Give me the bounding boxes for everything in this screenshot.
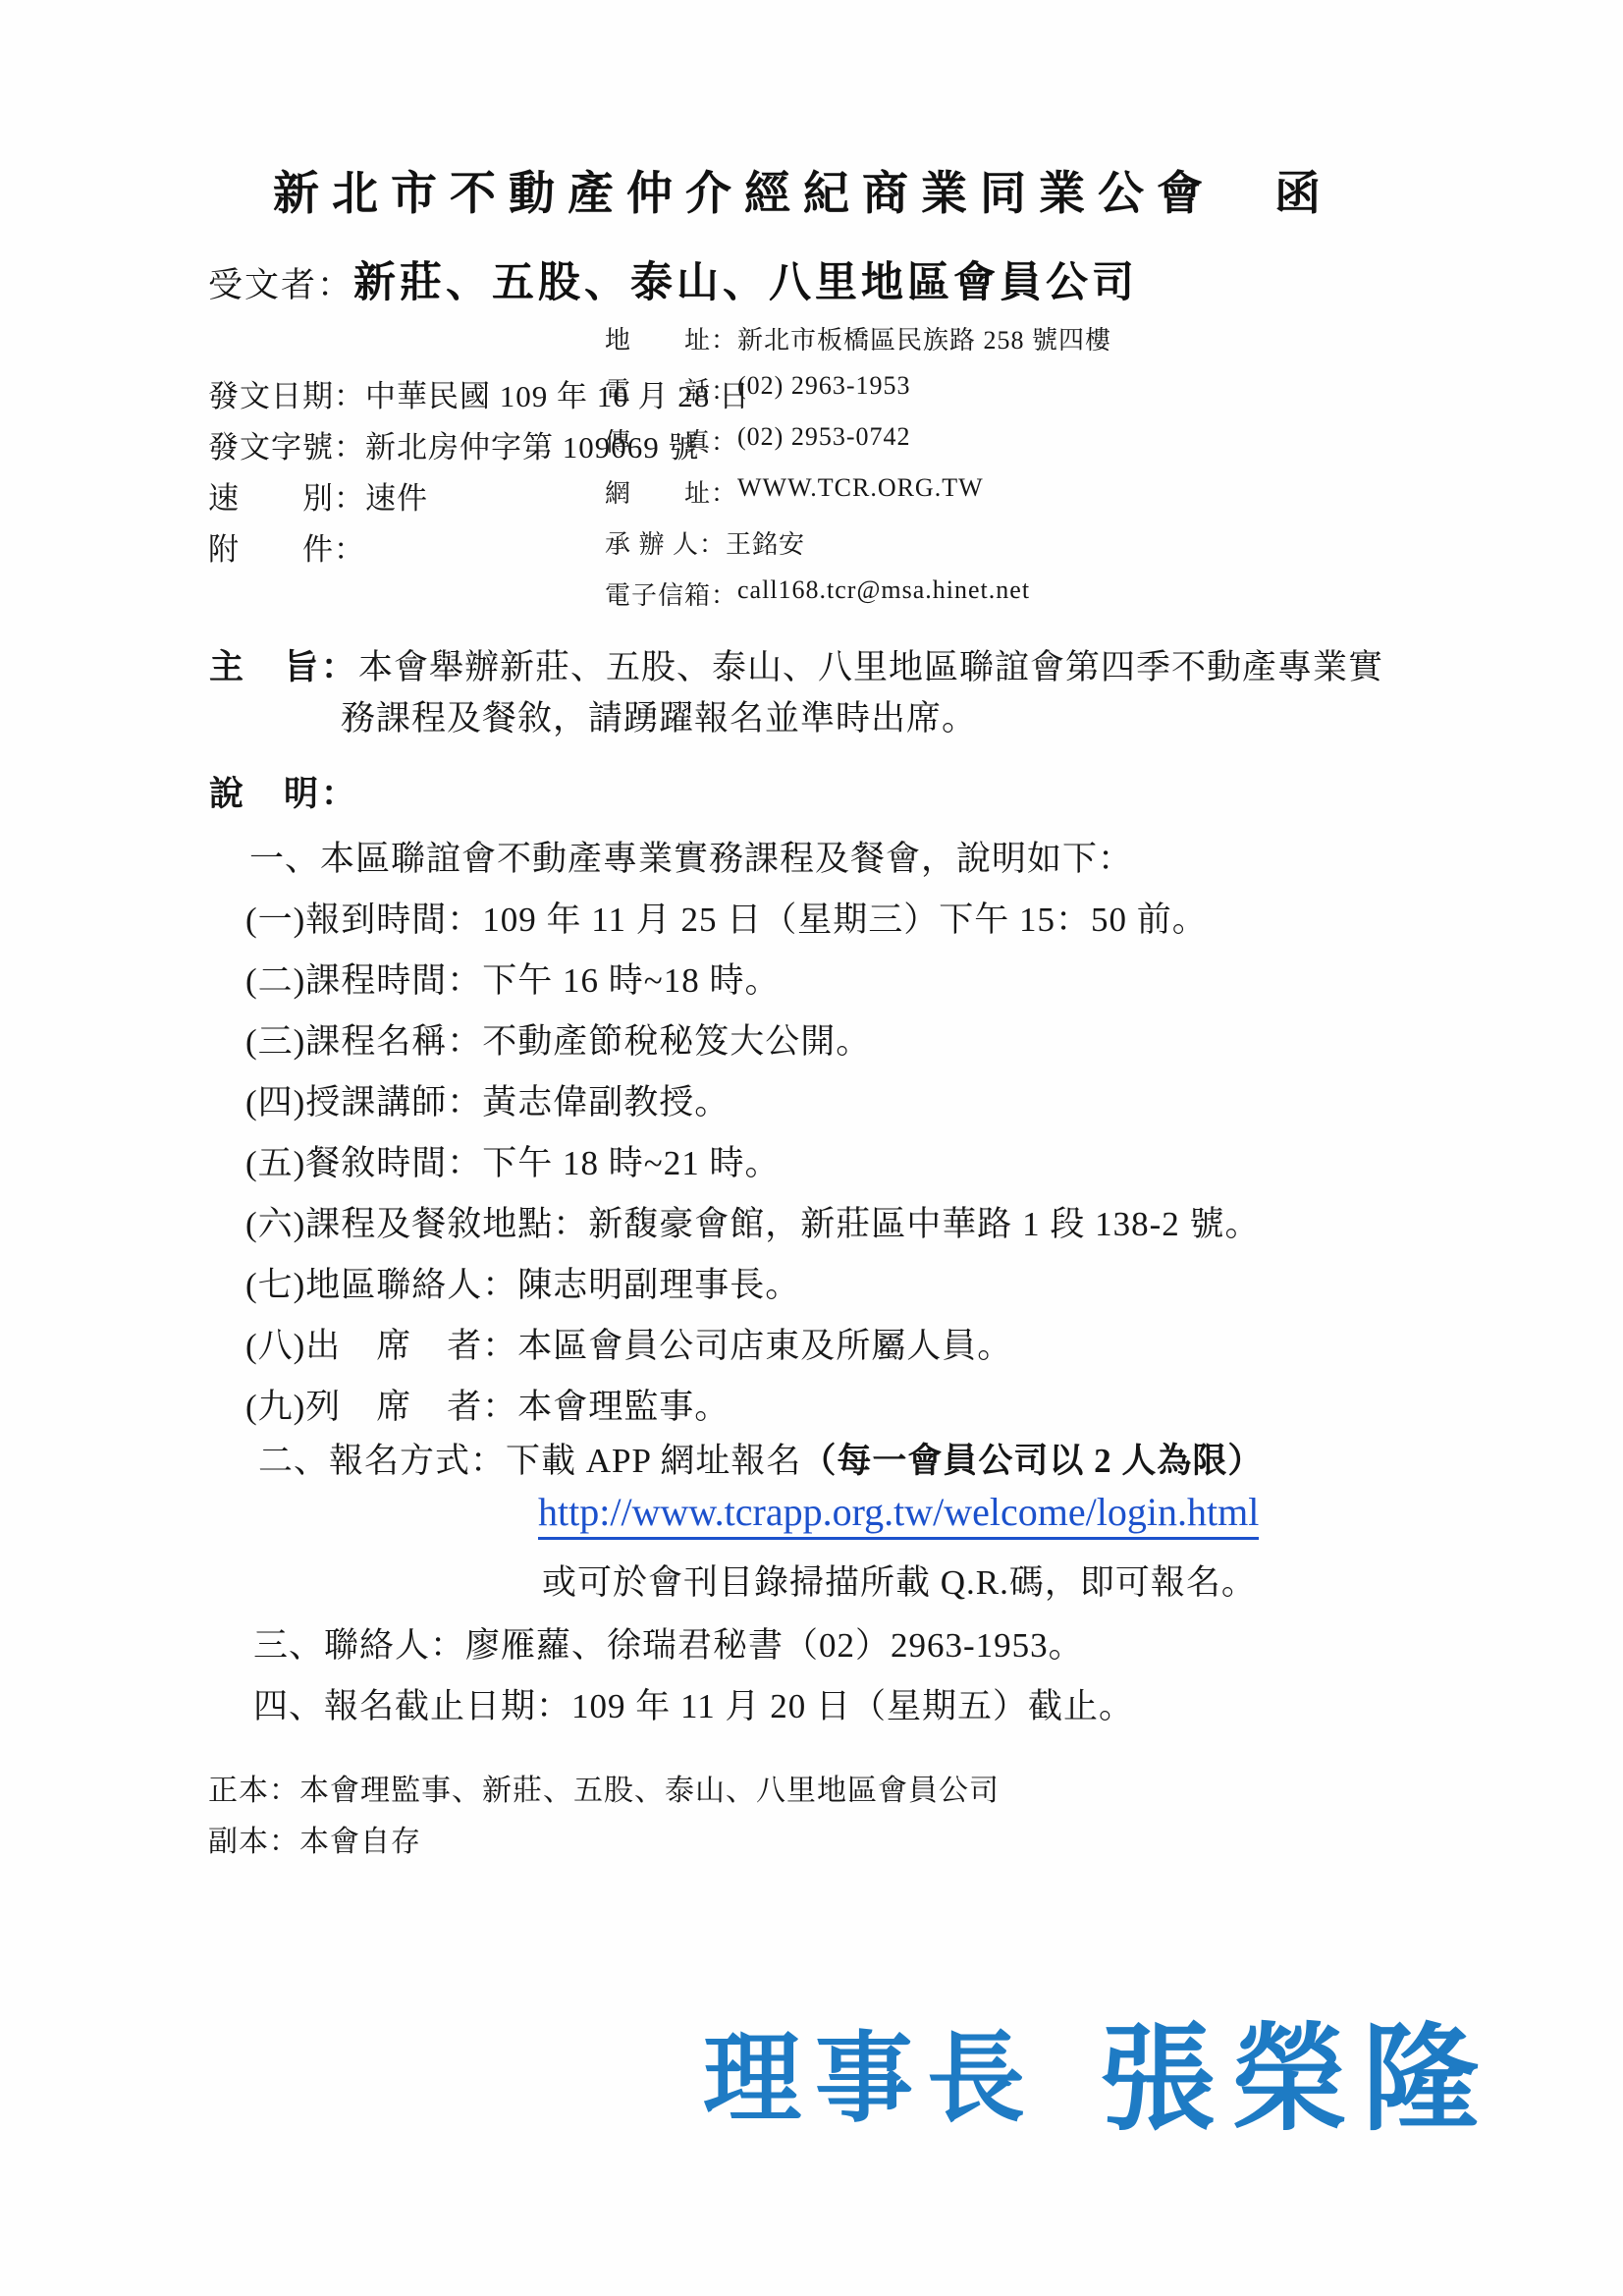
subject-line-1: 主 旨：本會舉辦新莊、五股、泰山、八里地區聯誼會第四季不動產專業實	[209, 640, 1383, 689]
chairman-signature: 理事長 張榮隆	[703, 1986, 1494, 2153]
list-item-1-6: (六)課程及餐敘地點：新馥豪會館，新莊區中華路 1 段 138-2 號。	[245, 1197, 1260, 1246]
list-item-1-8: (八)出 席 者：本區會員公司店東及所屬人員。	[245, 1319, 1012, 1368]
contact-value: (02) 2953-0742	[737, 422, 910, 473]
footer-duplicate-copy: 副本：本會自存	[208, 1817, 421, 1860]
list-item-2-limit-note: （每一會員公司以 2 人為限）	[801, 1442, 1263, 1480]
list-item-1: 一、本區聯誼會不動產專業實務課程及餐會，說明如下：	[249, 832, 1133, 881]
contact-value: 王銘安	[726, 524, 805, 575]
contact-label: 承 辦 人：	[605, 524, 726, 575]
contact-value: 新北市板橋區民族路 258 號四樓	[737, 320, 1111, 371]
contact-label: 傳 真：	[605, 422, 737, 473]
list-item-3: 三、聯絡人：廖雁蘿、徐瑞君秘書（02）2963-1953。	[253, 1618, 1084, 1667]
list-item-1-9: (九)列 席 者：本會理監事。	[245, 1380, 730, 1429]
contact-row-phone: 電 話： (02) 2963-1953	[605, 371, 1111, 422]
chairman-name: 張榮隆	[1100, 1986, 1494, 2153]
contact-row-fax: 傳 真： (02) 2953-0742	[605, 422, 1111, 473]
list-item-2-text: 二、報名方式：下載 APP 網址報名	[258, 1442, 801, 1480]
list-item-2: 二、報名方式：下載 APP 網址報名（每一會員公司以 2 人為限）	[258, 1434, 1263, 1483]
contact-row-address: 地 址： 新北市板橋區民族路 258 號四樓	[605, 320, 1111, 371]
meta-label: 附 件：	[208, 524, 365, 575]
contact-label: 電 話：	[605, 371, 737, 422]
qr-code-note: 或可於會刊目錄掃描所載 Q.R.碼，即可報名。	[542, 1556, 1257, 1605]
subject-line-2: 務課程及餐敘，請踴躍報名並準時出席。	[341, 691, 977, 740]
recipient-row: 受文者： 新莊、五股、泰山、八里地區會員公司	[208, 249, 1138, 309]
contact-row-website: 網 址： WWW.TCR.ORG.TW	[605, 473, 1111, 524]
contact-value: (02) 2963-1953	[737, 371, 910, 422]
meta-value: 速件	[365, 473, 428, 524]
registration-url-link[interactable]: http://www.tcrapp.org.tw/welcome/login.h…	[538, 1489, 1259, 1540]
list-item-1-5: (五)餐敘時間：下午 18 時~21 時。	[245, 1136, 781, 1185]
document-title: 新北市不動產仲介經紀商業同業公會 函	[273, 157, 1333, 223]
contact-label: 電子信箱：	[605, 575, 737, 627]
list-item-1-1: (一)報到時間：109 年 11 月 25 日（星期三）下午 15：50 前。	[245, 893, 1208, 942]
document-page: 新北市不動產仲介經紀商業同業公會 函 受文者： 新莊、五股、泰山、八里地區會員公…	[0, 0, 1623, 2296]
subject-label: 主 旨：	[209, 648, 358, 686]
list-item-4: 四、報名截止日期：109 年 11 月 20 日（星期五）截止。	[253, 1679, 1134, 1728]
list-item-1-4: (四)授課講師：黃志偉副教授。	[245, 1075, 730, 1124]
contact-row-handler: 承 辦 人： 王銘安	[605, 524, 1111, 575]
list-item-1-3: (三)課程名稱：不動產節稅秘笈大公開。	[245, 1014, 871, 1064]
contact-block: 地 址： 新北市板橋區民族路 258 號四樓 電 話： (02) 2963-19…	[605, 320, 1111, 627]
contact-row-email: 電子信箱： call168.tcr@msa.hinet.net	[605, 575, 1111, 627]
contact-label: 地 址：	[605, 320, 737, 371]
meta-label: 速 別：	[208, 473, 365, 524]
recipient-value: 新莊、五股、泰山、八里地區會員公司	[353, 249, 1138, 309]
list-item-1-2: (二)課程時間：下午 16 時~18 時。	[245, 954, 781, 1003]
explanation-label: 說 明：	[209, 767, 358, 816]
subject-text-1: 本會舉辦新莊、五股、泰山、八里地區聯誼會第四季不動產專業實	[358, 648, 1383, 686]
recipient-label: 受文者：	[208, 258, 353, 307]
meta-label: 發文日期：	[208, 371, 365, 422]
contact-value: WWW.TCR.ORG.TW	[737, 473, 984, 524]
list-item-1-7: (七)地區聯絡人：陳志明副理事長。	[245, 1258, 800, 1307]
contact-value: call168.tcr@msa.hinet.net	[737, 575, 1030, 627]
footer-original-copy: 正本：本會理監事、新莊、五股、泰山、八里地區會員公司	[208, 1766, 1000, 1809]
meta-label: 發文字號：	[208, 422, 365, 473]
chairman-title: 理事長	[703, 1986, 1039, 2141]
contact-label: 網 址：	[605, 473, 737, 524]
